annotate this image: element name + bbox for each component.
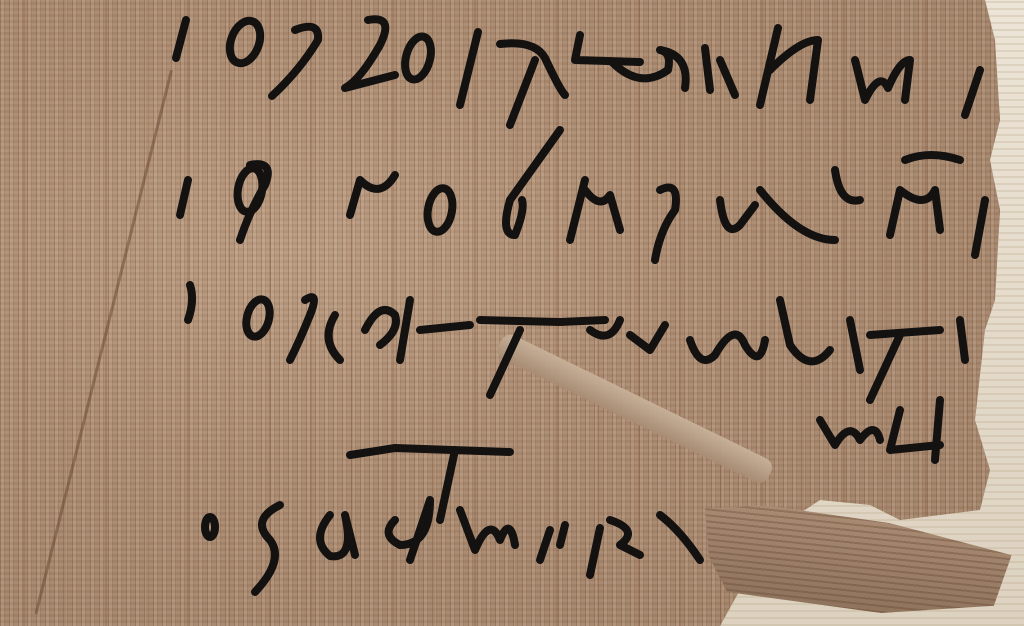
script-line-3: [188, 285, 965, 400]
script-line-1: [176, 17, 980, 125]
script-line-5: [205, 448, 700, 592]
script-line-2: [180, 130, 985, 260]
transcription-line-1: ⲓⲟⲩϩⲟⲓⲡⲥⲱⲛⲕⲱ·: [0, 0, 1, 1]
script-line-4: [820, 400, 940, 460]
handwritten-ink: [0, 0, 1024, 626]
